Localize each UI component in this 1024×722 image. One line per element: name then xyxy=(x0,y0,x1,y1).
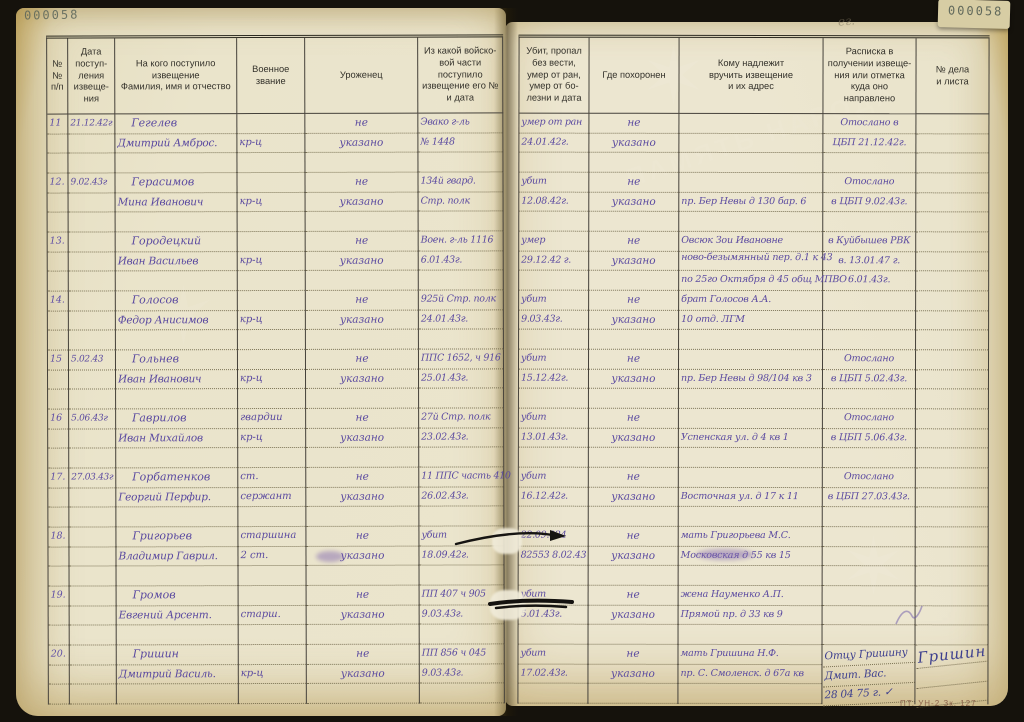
handwritten-entry: убит xyxy=(519,586,588,606)
handwritten-entry: указано xyxy=(306,192,418,212)
handwritten-entry: Отослано xyxy=(823,409,915,429)
ruled-line xyxy=(916,429,988,449)
ruled-line xyxy=(519,153,588,173)
handwritten-entry: 17.02.43г. xyxy=(518,664,587,684)
ruled-line xyxy=(238,350,305,370)
ruled-line xyxy=(68,154,114,174)
ruled-line xyxy=(69,488,115,508)
cell-rank: гвардиикр-ц xyxy=(238,409,306,468)
ruled-line xyxy=(48,311,68,331)
cell-born: неуказано xyxy=(307,586,420,645)
cell-fate: убит15.12.42г. xyxy=(519,350,589,409)
ruled-line xyxy=(519,330,588,350)
cell-unit: ПП 856 ч 0459.03.43г. xyxy=(420,644,505,703)
pencil-note: ег. xyxy=(838,13,856,28)
ruled-line xyxy=(823,507,915,527)
handwritten-entry: указано xyxy=(589,133,678,153)
cell-buried: неуказано xyxy=(589,350,679,409)
cell-receipt xyxy=(823,291,916,350)
ruled-line xyxy=(306,389,418,409)
handwritten-entry: указано xyxy=(306,310,418,330)
handwritten-entry: ПП 856 ч 045 xyxy=(420,644,504,664)
ruled-line xyxy=(70,626,116,646)
cell-fate: убит12.08.42г. xyxy=(519,173,589,232)
ruled-line xyxy=(69,232,115,252)
cell-date xyxy=(69,232,116,291)
ruled-line xyxy=(70,665,116,685)
handwritten-entry: Иван Михайлов xyxy=(116,429,237,449)
cell-unit: Воен. г-ль 11166.01.43г. xyxy=(419,231,504,290)
handwritten-entry: Дмитрий Василь. xyxy=(117,665,238,685)
ruled-line xyxy=(916,370,988,390)
ruled-line xyxy=(823,448,915,468)
cell-fate: убит5.01.43г. xyxy=(519,586,589,645)
ruled-line xyxy=(916,252,988,272)
ruled-line xyxy=(48,272,68,292)
handwritten-entry: указано xyxy=(307,605,419,625)
handwritten-entry: не xyxy=(306,409,418,429)
ruled-line xyxy=(916,586,988,606)
handwritten-entry: в ЦБП 5.02.43г. xyxy=(823,370,915,390)
ruled-line xyxy=(823,153,915,173)
handwritten-entry: убит xyxy=(519,409,588,429)
handwritten-entry: Стр. полк xyxy=(419,192,503,212)
ruled-line xyxy=(823,311,915,331)
handwritten-entry: 6.01.43г. xyxy=(419,251,503,271)
handwritten-entry: ПП 407 ч 905 xyxy=(420,585,504,605)
ruled-line xyxy=(679,409,822,429)
ruled-line xyxy=(306,330,418,350)
handwritten-entry: мать Григорьева М.С. xyxy=(679,527,822,547)
handwritten-entry: ново-безымянный пер. д.1 к 43 xyxy=(679,252,822,272)
ruled-line xyxy=(916,213,988,233)
ruled-line xyxy=(823,566,915,586)
ruled-line xyxy=(239,684,306,704)
ruled-line xyxy=(48,213,68,233)
cell-born: неуказано xyxy=(305,173,418,232)
handwritten-entry: 25.01.43г. xyxy=(419,369,503,389)
handwritten-entry: Владимир Гаврил. xyxy=(116,547,237,567)
column-header-born: Уроженец xyxy=(305,38,418,114)
handwritten-entry: кр-ц xyxy=(238,429,305,449)
ruled-line xyxy=(679,153,822,173)
handwritten-entry: в Куйбышев РВК xyxy=(823,232,915,252)
cell-to xyxy=(679,114,823,173)
handwritten-entry: 27.03.43г xyxy=(69,468,115,488)
form-print-code: ПТ. УН-2 Зк. 127 xyxy=(900,699,977,708)
column-header-receipt: Расписка в получении извеще- ния или отм… xyxy=(823,38,916,114)
handwritten-entry: в ЦБП 9.02.43г. xyxy=(823,193,915,213)
handwritten-entry: указано xyxy=(306,251,418,271)
ruled-line xyxy=(306,448,418,468)
ruled-line xyxy=(419,330,503,350)
cell-fate: убит9.03.43г. xyxy=(519,291,589,350)
ruled-line xyxy=(518,684,587,704)
cell-num: 13. xyxy=(48,233,69,292)
ruled-line xyxy=(916,311,988,331)
ruled-line xyxy=(823,330,915,350)
ruled-line xyxy=(823,606,915,626)
cell-receipt: Отосланов ЦБП 9.02.43г. xyxy=(823,173,916,232)
handwritten-entry: 134й гвард. xyxy=(418,172,502,192)
cell-date: 5.02.43 xyxy=(69,350,116,409)
handwritten-entry: 9.03.43г. xyxy=(420,664,504,684)
cell-date xyxy=(70,586,117,645)
ruled-line xyxy=(679,330,822,350)
handwritten-entry: указано xyxy=(306,546,418,566)
ruled-line xyxy=(70,645,116,665)
ruled-line xyxy=(589,271,678,291)
handwritten-entry: Гришин xyxy=(117,645,238,665)
handwritten-entry: не xyxy=(306,350,418,370)
cell-buried: неуказано xyxy=(589,468,679,527)
ruled-line xyxy=(48,508,68,528)
cell-receipt: Отцу ГришинуДмит. Вас.28 04 75 г. ✓ xyxy=(822,645,915,704)
cell-file xyxy=(916,586,989,645)
handwritten-entry: Отослано в xyxy=(823,114,915,134)
cell-rank: старш. xyxy=(239,586,307,645)
handwritten-entry: указано xyxy=(588,664,677,684)
handwritten-entry: жена Науменко А.П. xyxy=(679,586,822,606)
handwritten-entry: убит xyxy=(519,173,588,193)
ruled-line xyxy=(420,684,504,704)
handwritten-entry: не xyxy=(307,645,419,665)
ruled-line xyxy=(116,212,237,232)
ruled-line xyxy=(589,507,678,527)
cell-born: неуказано xyxy=(306,409,419,468)
ruled-line xyxy=(69,193,115,213)
cell-file xyxy=(916,409,989,468)
cell-born: неуказано xyxy=(306,468,419,527)
ruled-line xyxy=(679,134,822,154)
ruled-line xyxy=(519,625,588,645)
ruled-line xyxy=(823,212,915,232)
handwritten-entry: мать Гришина Н.Ф. xyxy=(678,645,821,665)
handwritten-entry: не xyxy=(589,350,678,370)
cell-receipt xyxy=(823,586,916,645)
cell-to: пр. Бер Невы д 130 бар. 6 xyxy=(679,173,823,232)
handwritten-entry: Успенская ул. д 4 кв 1 xyxy=(679,429,822,449)
ruled-line xyxy=(823,625,915,645)
handwritten-entry: Воен. г-ль 1116 xyxy=(419,231,503,251)
handwritten-entry: Отослано xyxy=(823,173,915,193)
cell-buried: неуказано xyxy=(589,409,679,468)
ruled-line xyxy=(419,271,503,291)
handwritten-entry: 9.03.43г. xyxy=(519,310,588,330)
ruled-line xyxy=(679,507,822,527)
handwritten-entry: указано xyxy=(589,487,678,507)
ruled-line xyxy=(419,448,503,468)
handwritten-entry: 9.03.43г. xyxy=(420,605,504,625)
ruled-line xyxy=(49,685,69,705)
handwritten-entry: не xyxy=(588,645,677,665)
ruled-line xyxy=(117,566,238,586)
ruled-line xyxy=(238,212,305,232)
handwritten-entry: не xyxy=(306,291,418,311)
ruled-line xyxy=(823,527,915,547)
handwritten-entry: кр-ц xyxy=(238,311,305,331)
ruled-line xyxy=(116,389,237,409)
ruled-line xyxy=(48,370,68,390)
cell-num: 18. xyxy=(48,528,69,587)
ruled-line xyxy=(48,429,68,449)
handwritten-entry: указано xyxy=(589,310,678,330)
handwritten-entry: 24.01.43г. xyxy=(419,310,503,330)
column-header-to: Кому надлежит вручить извещение и их адр… xyxy=(679,38,823,114)
handwritten-entry: Федор Анисимов xyxy=(116,311,237,331)
handwritten-entry: сержант xyxy=(238,488,305,508)
handwritten-entry: кр-ц xyxy=(237,134,304,154)
ruled-line xyxy=(49,626,69,646)
ruled-line xyxy=(116,448,237,468)
cell-unit: 925й Стр. полк24.01.43г. xyxy=(419,290,504,349)
cell-fate: 22.09.02482553 8.02.43 xyxy=(519,527,589,586)
ruled-line xyxy=(916,193,988,213)
cell-date xyxy=(69,527,116,586)
ruled-line xyxy=(238,330,305,350)
column-header-buried: Где похоронен xyxy=(589,38,679,114)
ruled-line xyxy=(49,665,69,685)
handwritten-entry: 26.02.43г. xyxy=(419,487,503,507)
handwritten-entry: Московская д 55 кв 15 xyxy=(679,547,822,567)
ruled-line xyxy=(48,193,68,213)
ruled-line xyxy=(916,390,988,410)
ruled-line xyxy=(419,507,503,527)
ruled-line xyxy=(117,625,238,645)
cell-rank: кр-ц xyxy=(237,114,305,173)
ruled-line xyxy=(519,271,588,291)
handwritten-entry: указано xyxy=(305,133,417,153)
cell-date: 21.12.42г xyxy=(68,114,115,173)
handwritten-entry: указано xyxy=(306,369,418,389)
handwritten-entry: 11 xyxy=(47,115,67,135)
ruled-line xyxy=(237,114,304,134)
handwritten-entry: Григорьев xyxy=(116,527,237,547)
ruled-line xyxy=(589,566,678,586)
ruled-line xyxy=(916,350,988,370)
ruled-line xyxy=(48,449,68,469)
column-header-num: №№ п/п xyxy=(47,39,68,115)
handwritten-entry: Отослано xyxy=(823,350,915,370)
cell-num: 14. xyxy=(48,292,69,351)
ruled-line xyxy=(237,173,304,193)
ruled-line xyxy=(419,212,503,232)
ruled-line xyxy=(678,684,821,704)
cell-file xyxy=(916,468,989,527)
handwritten-entry: 21.12.42г xyxy=(68,114,114,134)
cell-receipt xyxy=(823,527,916,586)
ruled-line xyxy=(238,291,305,311)
ruled-line xyxy=(420,625,504,645)
handwritten-entry: 17. xyxy=(48,469,68,489)
ruled-line xyxy=(70,685,116,705)
cell-fate: умер29.12.42 г. xyxy=(519,232,589,291)
cell-date xyxy=(69,291,116,350)
cell-to: пр. Бер Невы д 98/104 кв 3 xyxy=(679,350,823,409)
cell-rank: старшина2 ст. xyxy=(238,527,306,586)
handwritten-entry: кр-ц xyxy=(238,193,305,213)
cell-date: 9.02.43г xyxy=(68,173,115,232)
ruled-line xyxy=(679,114,822,134)
cell-unit: ПП 407 ч 9059.03.43г. xyxy=(420,585,505,644)
cell-receipt: Отослано вЦБП 21.12.42г. xyxy=(823,114,916,173)
handwritten-entry: Дмитрий Амброс. xyxy=(115,134,236,154)
handwritten-entry: № 1448 xyxy=(418,133,502,153)
ruled-line xyxy=(589,625,678,645)
handwritten-entry: 925й Стр. полк xyxy=(419,290,503,310)
ruled-line xyxy=(679,389,822,409)
ruled-line xyxy=(69,331,115,351)
ruled-line xyxy=(418,153,502,173)
cell-buried: неуказано xyxy=(589,291,679,350)
column-header-fate: Убит, пропал без вести, умер от ран, уме… xyxy=(519,38,589,114)
cell-file xyxy=(916,114,989,173)
cell-name: ГромовЕвгений Арсент. xyxy=(117,586,239,645)
handwritten-entry: не xyxy=(589,114,678,134)
ruled-line xyxy=(589,212,678,232)
cell-buried: неуказано xyxy=(588,645,678,704)
handwritten-entry: 9.02.43г xyxy=(68,173,114,193)
cell-rank: кр-ц xyxy=(237,173,305,232)
handwritten-entry: 12.08.42г. xyxy=(519,192,588,212)
column-header-unit: Из какой войско- вой части поступило изв… xyxy=(418,37,503,113)
ruled-line xyxy=(68,134,114,154)
handwritten-entry: Овсюк Зои Ивановне xyxy=(679,232,822,252)
cell-fate: убит13.01.43г. xyxy=(519,409,589,468)
cell-unit: 11 ППС часть 41026.02.43г. xyxy=(419,467,504,526)
cell-unit: убит18.09.42г. xyxy=(419,526,504,585)
handwritten-entry: гвардии xyxy=(238,409,305,429)
handwritten-entry: умер xyxy=(519,232,588,252)
handwritten-entry: не xyxy=(589,527,678,547)
ruled-line xyxy=(519,212,588,232)
cell-to: мать Григорьева М.С.Московская д 55 кв 1… xyxy=(679,527,823,586)
handwritten-entry: 10 отд. ЛГМ xyxy=(679,311,822,331)
scanned-register-spread: ✶ ✶ ✶ ПАМЯТЬ НАРОДА 000058 000058 ег. ПТ… xyxy=(0,0,1024,722)
handwritten-entry: 15.12.42г. xyxy=(519,369,588,389)
handwritten-entry: Герасимов xyxy=(115,173,236,193)
ruled-line xyxy=(679,468,822,488)
handwritten-entry: Гегелев xyxy=(115,114,236,134)
cell-num: 19. xyxy=(49,587,70,646)
cell-born: неуказано xyxy=(305,114,418,173)
handwritten-entry: ЦБП 21.12.42г. xyxy=(823,134,915,154)
handwritten-entry: 22.09.024 xyxy=(519,527,588,547)
cell-unit: ППС 1652, ч 91625.01.43г. xyxy=(419,349,504,408)
handwritten-entry: кр-ц xyxy=(238,370,305,390)
handwritten-entry: пр. Бер Невы д 98/104 кв 3 xyxy=(679,370,822,390)
ruled-line xyxy=(916,291,988,311)
handwritten-entry: не xyxy=(589,291,678,311)
cell-file: Гришин xyxy=(915,645,988,704)
ruled-line xyxy=(519,389,588,409)
cell-rank: кр-ц xyxy=(238,350,306,409)
handwritten-entry: не xyxy=(589,468,678,488)
cell-name: ГегелевДмитрий Амброс. xyxy=(115,114,237,173)
ruled-line xyxy=(47,134,67,154)
ruled-line xyxy=(48,331,68,351)
cell-receipt: Отосланов ЦБП 5.06.43г. xyxy=(823,409,916,468)
register-table-left: №№ п/п Дата поступ- ления извеще- ния На… xyxy=(46,34,505,704)
cell-name: ГольневИван Иванович xyxy=(116,350,238,409)
handwritten-entry: указано xyxy=(589,251,678,271)
handwritten-entry: 24.01.42г. xyxy=(519,133,588,153)
handwritten-entry: ст. xyxy=(238,468,305,488)
cell-name: ГришинДмитрий Василь. xyxy=(117,645,239,704)
cell-buried: неуказано xyxy=(589,527,679,586)
handwritten-entry: не xyxy=(306,468,418,488)
register-table-right: Убит, пропал без вести, умер от ран, уме… xyxy=(517,35,989,705)
handwritten-entry: 2 ст. xyxy=(238,547,305,567)
handwritten-entry: не xyxy=(589,232,678,252)
cell-born: неуказано xyxy=(306,527,419,586)
ruled-line xyxy=(49,567,69,587)
cell-date: 27.03.43г xyxy=(69,468,116,527)
ruled-line xyxy=(419,389,503,409)
handwritten-entry: старшина xyxy=(238,527,305,547)
handwritten-entry: умер от ран xyxy=(519,114,588,134)
handwritten-entry: 16.12.42г. xyxy=(519,487,588,507)
handwritten-entry: Горбатенков xyxy=(116,468,237,488)
handwritten-entry: 27й Стр. полк xyxy=(419,408,503,428)
ruled-line xyxy=(238,271,305,291)
handwritten-entry: кр-ц xyxy=(239,665,306,685)
ruled-line xyxy=(48,488,68,508)
ruled-line xyxy=(307,566,419,586)
handwritten-entry: 5.02.43 xyxy=(69,350,115,370)
handwritten-entry: 82553 8.02.43 xyxy=(519,546,588,566)
handwritten-entry: 16 xyxy=(48,410,68,430)
handwritten-entry: не xyxy=(305,173,417,193)
ruled-line xyxy=(916,173,988,193)
cell-num: 17. xyxy=(48,469,69,528)
cell-num: 11 xyxy=(47,115,68,174)
cell-receipt: Отосланов ЦБП 27.03.43г. xyxy=(823,468,916,527)
cell-rank: кр-ц xyxy=(238,291,306,350)
ruled-line xyxy=(238,507,305,527)
cell-buried: неуказано xyxy=(589,173,679,232)
handwritten-entry: не xyxy=(589,409,678,429)
cell-unit: 134й гвард.Стр. полк xyxy=(418,172,503,231)
handwritten-entry: в ЦБП 5.06.43г. xyxy=(823,429,915,449)
handwritten-entry: Эвако г-ль xyxy=(418,113,502,133)
cell-born: неуказано xyxy=(307,645,420,704)
ruled-line xyxy=(49,606,69,626)
ruled-line xyxy=(69,213,115,233)
cell-receipt: в Куйбышев РВКв. 13.01.47 г.6.01.43г. xyxy=(823,232,916,291)
ruled-line xyxy=(589,330,678,350)
cell-file xyxy=(916,173,989,232)
ruled-line xyxy=(823,547,915,567)
handwritten-entry: в. 13.01.47 г. xyxy=(823,252,915,272)
handwritten-entry: не xyxy=(306,527,418,547)
handwritten-entry: брат Голосов А.А. xyxy=(679,291,822,311)
ruled-line xyxy=(679,566,822,586)
ruled-line xyxy=(916,567,988,587)
ruled-line xyxy=(519,448,588,468)
ruled-line xyxy=(679,212,822,232)
handwritten-entry: Восточная ул. д 17 к 11 xyxy=(679,488,822,508)
ruled-line xyxy=(519,566,588,586)
ruled-line xyxy=(238,232,305,252)
ruled-line xyxy=(588,684,677,704)
cell-buried: неуказано xyxy=(589,232,679,291)
ruled-line xyxy=(679,625,822,645)
handwritten-entry: Иван Васильев xyxy=(116,252,237,272)
handwritten-entry: Мина Иванович xyxy=(116,193,237,213)
page-number-stamp: 000058 xyxy=(948,4,1004,19)
ruled-line xyxy=(70,567,116,587)
